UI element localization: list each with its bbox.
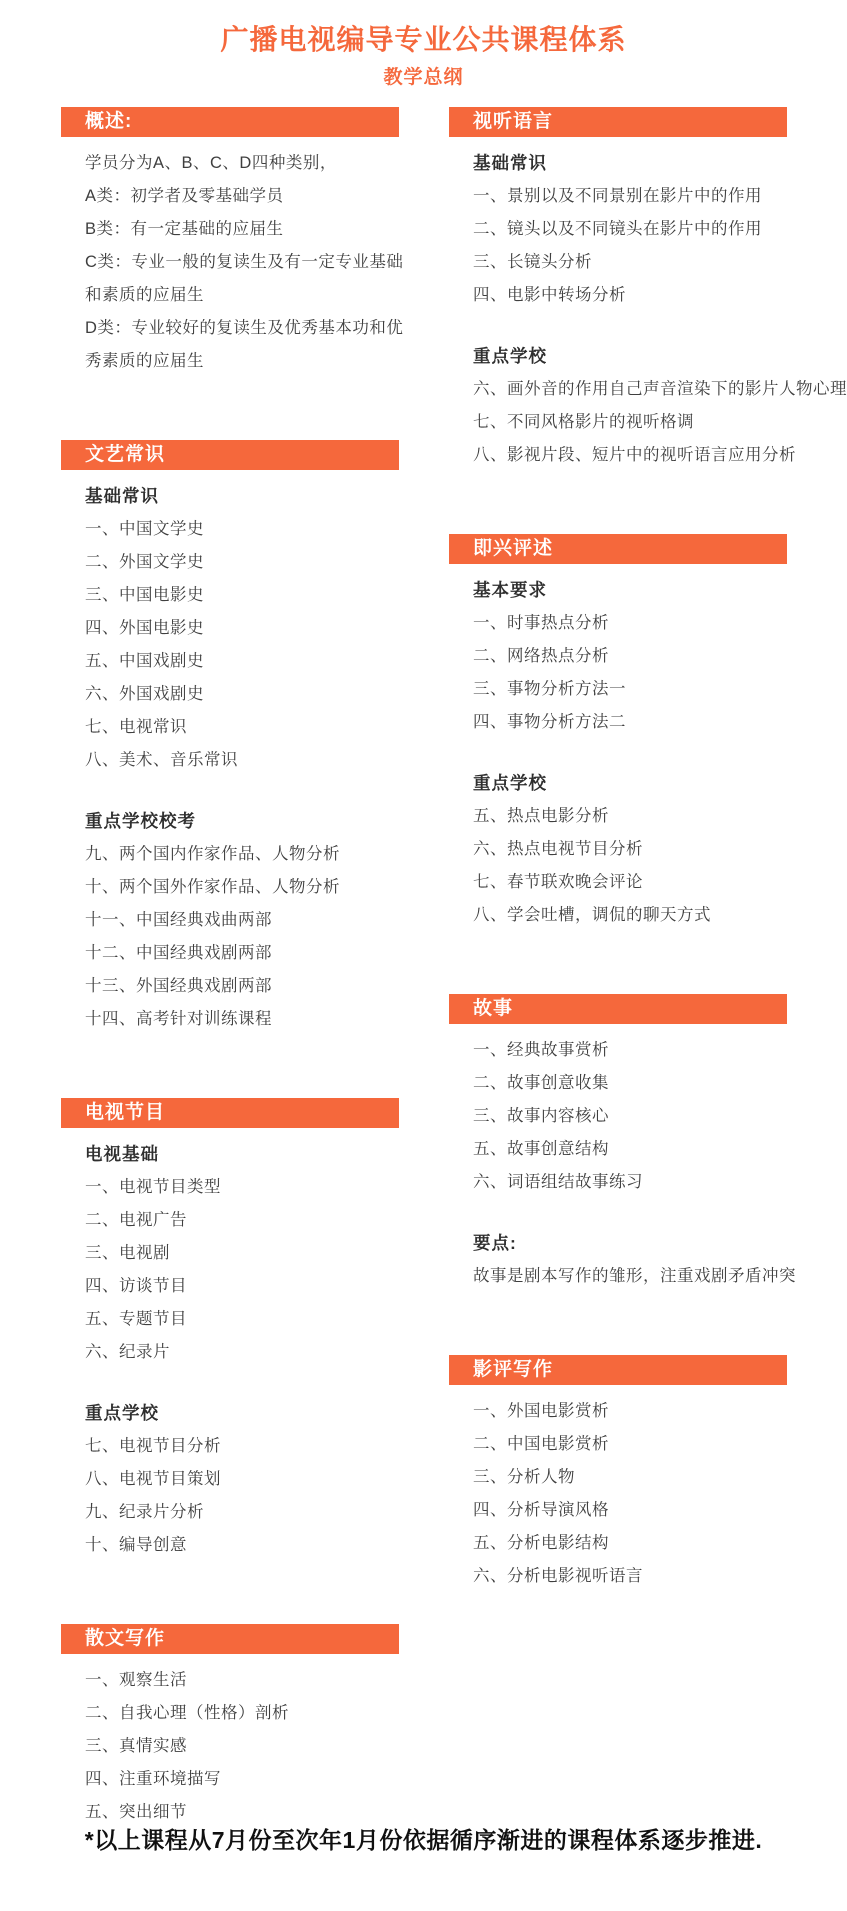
group-subtitle: 重点学校 — [61, 1397, 431, 1430]
group-subtitle: 要点: — [449, 1227, 847, 1260]
course-item: 三、电视剧 — [61, 1237, 431, 1270]
course-group: 基础常识一、中国文学史二、外国文学史三、中国电影史四、外国电影史五、中国戏剧史六… — [61, 480, 431, 777]
course-group: 一、经典故事赏析二、故事创意收集三、故事内容核心五、故事创意结构六、词语组结故事… — [449, 1034, 847, 1199]
course-item: 故事是剧本写作的雏形，注重戏剧矛盾冲突 — [449, 1260, 847, 1293]
course-item: 十、编导创意 — [61, 1529, 431, 1562]
course-item: 四、电影中转场分析 — [449, 279, 847, 312]
group-subtitle: 基本要求 — [449, 574, 847, 607]
section: 散文写作一、观察生活二、自我心理（性格）剖析三、真情实感四、注重环境描写五、突出… — [61, 1624, 431, 1829]
course-item: 四、注重环境描写 — [61, 1763, 431, 1796]
course-item: 七、电视节目分析 — [61, 1430, 431, 1463]
course-item: 二、外国文学史 — [61, 546, 431, 579]
course-item: 三、真情实感 — [61, 1730, 431, 1763]
course-item: 一、观察生活 — [61, 1664, 431, 1697]
course-item: 八、电视节目策划 — [61, 1463, 431, 1496]
course-item: 二、网络热点分析 — [449, 640, 847, 673]
course-outline-page: 广播电视编导专业公共课程体系 教学总纲 概述:学员分为A、B、C、D四种类别，A… — [0, 0, 847, 1911]
course-item: 一、电视节目类型 — [61, 1171, 431, 1204]
course-item: 五、专题节目 — [61, 1303, 431, 1336]
course-item: 六、热点电视节目分析 — [449, 833, 847, 866]
section: 即兴评述基本要求一、时事热点分析二、网络热点分析三、事物分析方法一四、事物分析方… — [449, 534, 847, 932]
course-group: 基本要求一、时事热点分析二、网络热点分析三、事物分析方法一四、事物分析方法二 — [449, 574, 847, 739]
course-item: 学员分为A、B、C、D四种类别， — [61, 147, 431, 180]
course-group: 重点学校校考九、两个国内作家作品、人物分析十、两个国外作家作品、人物分析十一、中… — [61, 805, 431, 1036]
course-item: 二、中国电影赏析 — [449, 1428, 847, 1461]
course-item: 三、故事内容核心 — [449, 1100, 847, 1133]
course-item: 五、分析电影结构 — [449, 1527, 847, 1560]
group-subtitle: 电视基础 — [61, 1138, 431, 1171]
course-item: 六、词语组结故事练习 — [449, 1166, 847, 1199]
group-subtitle: 基础常识 — [61, 480, 431, 513]
section-header: 概述: — [61, 107, 399, 137]
course-item: 三、事物分析方法一 — [449, 673, 847, 706]
section: 视听语言基础常识一、景别以及不同景别在影片中的作用二、镜头以及不同镜头在影片中的… — [449, 107, 847, 472]
group-subtitle: 重点学校 — [449, 767, 847, 800]
course-item: B类：有一定基础的应届生 — [61, 213, 431, 246]
section-header: 电视节目 — [61, 1098, 399, 1128]
course-item: 一、中国文学史 — [61, 513, 431, 546]
section: 影评写作一、外国电影赏析二、中国电影赏析三、分析人物四、分析导演风格五、分析电影… — [449, 1355, 847, 1593]
course-item: 七、春节联欢晚会评论 — [449, 866, 847, 899]
course-item: 二、电视广告 — [61, 1204, 431, 1237]
course-item: 七、不同风格影片的视听格调 — [449, 406, 847, 439]
right-column: 视听语言基础常识一、景别以及不同景别在影片中的作用二、镜头以及不同镜头在影片中的… — [449, 107, 847, 1655]
section-header: 故事 — [449, 994, 787, 1024]
course-item: 六、纪录片 — [61, 1336, 431, 1369]
course-item: 一、经典故事赏析 — [449, 1034, 847, 1067]
course-item: 三、分析人物 — [449, 1461, 847, 1494]
course-item: C类：专业一般的复读生及有一定专业基础 — [61, 246, 431, 279]
course-group: 要点:故事是剧本写作的雏形，注重戏剧矛盾冲突 — [449, 1227, 847, 1293]
course-item: 三、长镜头分析 — [449, 246, 847, 279]
course-item: 八、美术、音乐常识 — [61, 744, 431, 777]
course-item: D类：专业较好的复读生及优秀基本功和优 — [61, 312, 431, 345]
course-item: 十四、高考针对训练课程 — [61, 1003, 431, 1036]
course-item: 五、中国戏剧史 — [61, 645, 431, 678]
page-title: 广播电视编导专业公共课程体系 — [0, 18, 847, 58]
page-subtitle: 教学总纲 — [0, 62, 847, 89]
course-group: 一、观察生活二、自我心理（性格）剖析三、真情实感四、注重环境描写五、突出细节 — [61, 1664, 431, 1829]
section: 文艺常识基础常识一、中国文学史二、外国文学史三、中国电影史四、外国电影史五、中国… — [61, 440, 431, 1036]
course-item: 五、故事创意结构 — [449, 1133, 847, 1166]
section-header: 即兴评述 — [449, 534, 787, 564]
course-item: 四、外国电影史 — [61, 612, 431, 645]
section: 故事一、经典故事赏析二、故事创意收集三、故事内容核心五、故事创意结构六、词语组结… — [449, 994, 847, 1293]
section-header: 视听语言 — [449, 107, 787, 137]
course-item: 八、影视片段、短片中的视听语言应用分析 — [449, 439, 847, 472]
course-item: 四、事物分析方法二 — [449, 706, 847, 739]
course-group: 重点学校六、画外音的作用自己声音渲染下的影片人物心理七、不同风格影片的视听格调八… — [449, 340, 847, 472]
course-item: 九、纪录片分析 — [61, 1496, 431, 1529]
course-item: 十三、外国经典戏剧两部 — [61, 970, 431, 1003]
course-group: 重点学校五、热点电影分析六、热点电视节目分析七、春节联欢晚会评论八、学会吐槽，调… — [449, 767, 847, 932]
group-subtitle: 重点学校 — [449, 340, 847, 373]
section-header: 文艺常识 — [61, 440, 399, 470]
course-item: 秀素质的应届生 — [61, 345, 431, 378]
course-item: 十、两个国外作家作品、人物分析 — [61, 871, 431, 904]
course-item: 一、景别以及不同景别在影片中的作用 — [449, 180, 847, 213]
left-column: 概述:学员分为A、B、C、D四种类别，A类：初学者及零基础学员B类：有一定基础的… — [61, 107, 431, 1891]
section: 电视节目电视基础一、电视节目类型二、电视广告三、电视剧四、访谈节目五、专题节目六… — [61, 1098, 431, 1562]
course-item: 三、中国电影史 — [61, 579, 431, 612]
course-group: 重点学校七、电视节目分析八、电视节目策划九、纪录片分析十、编导创意 — [61, 1397, 431, 1562]
course-item: 四、访谈节目 — [61, 1270, 431, 1303]
course-item: 一、外国电影赏析 — [449, 1395, 847, 1428]
course-item: 五、热点电影分析 — [449, 800, 847, 833]
course-item: 二、镜头以及不同镜头在影片中的作用 — [449, 213, 847, 246]
group-subtitle: 重点学校校考 — [61, 805, 431, 838]
course-item: 七、电视常识 — [61, 711, 431, 744]
course-item: 十二、中国经典戏剧两部 — [61, 937, 431, 970]
course-item: 二、自我心理（性格）剖析 — [61, 1697, 431, 1730]
course-group: 一、外国电影赏析二、中国电影赏析三、分析人物四、分析导演风格五、分析电影结构六、… — [449, 1395, 847, 1593]
course-group: 基础常识一、景别以及不同景别在影片中的作用二、镜头以及不同镜头在影片中的作用三、… — [449, 147, 847, 312]
section-header: 影评写作 — [449, 1355, 787, 1385]
course-group: 学员分为A、B、C、D四种类别，A类：初学者及零基础学员B类：有一定基础的应届生… — [61, 147, 431, 378]
course-item: 和素质的应届生 — [61, 279, 431, 312]
group-subtitle: 基础常识 — [449, 147, 847, 180]
course-item: 二、故事创意收集 — [449, 1067, 847, 1100]
course-item: 四、分析导演风格 — [449, 1494, 847, 1527]
course-item: 八、学会吐槽，调侃的聊天方式 — [449, 899, 847, 932]
course-item: 六、画外音的作用自己声音渲染下的影片人物心理 — [449, 373, 847, 406]
course-item: A类：初学者及零基础学员 — [61, 180, 431, 213]
section: 概述:学员分为A、B、C、D四种类别，A类：初学者及零基础学员B类：有一定基础的… — [61, 107, 431, 378]
course-item: 九、两个国内作家作品、人物分析 — [61, 838, 431, 871]
course-item: 六、分析电影视听语言 — [449, 1560, 847, 1593]
course-item: 十一、中国经典戏曲两部 — [61, 904, 431, 937]
course-group: 电视基础一、电视节目类型二、电视广告三、电视剧四、访谈节目五、专题节目六、纪录片 — [61, 1138, 431, 1369]
course-item: 六、外国戏剧史 — [61, 678, 431, 711]
section-header: 散文写作 — [61, 1624, 399, 1654]
footnote: *以上课程从7月份至次年1月份依据循序渐进的课程体系逐步推进. — [0, 1822, 847, 1855]
course-item: 一、时事热点分析 — [449, 607, 847, 640]
